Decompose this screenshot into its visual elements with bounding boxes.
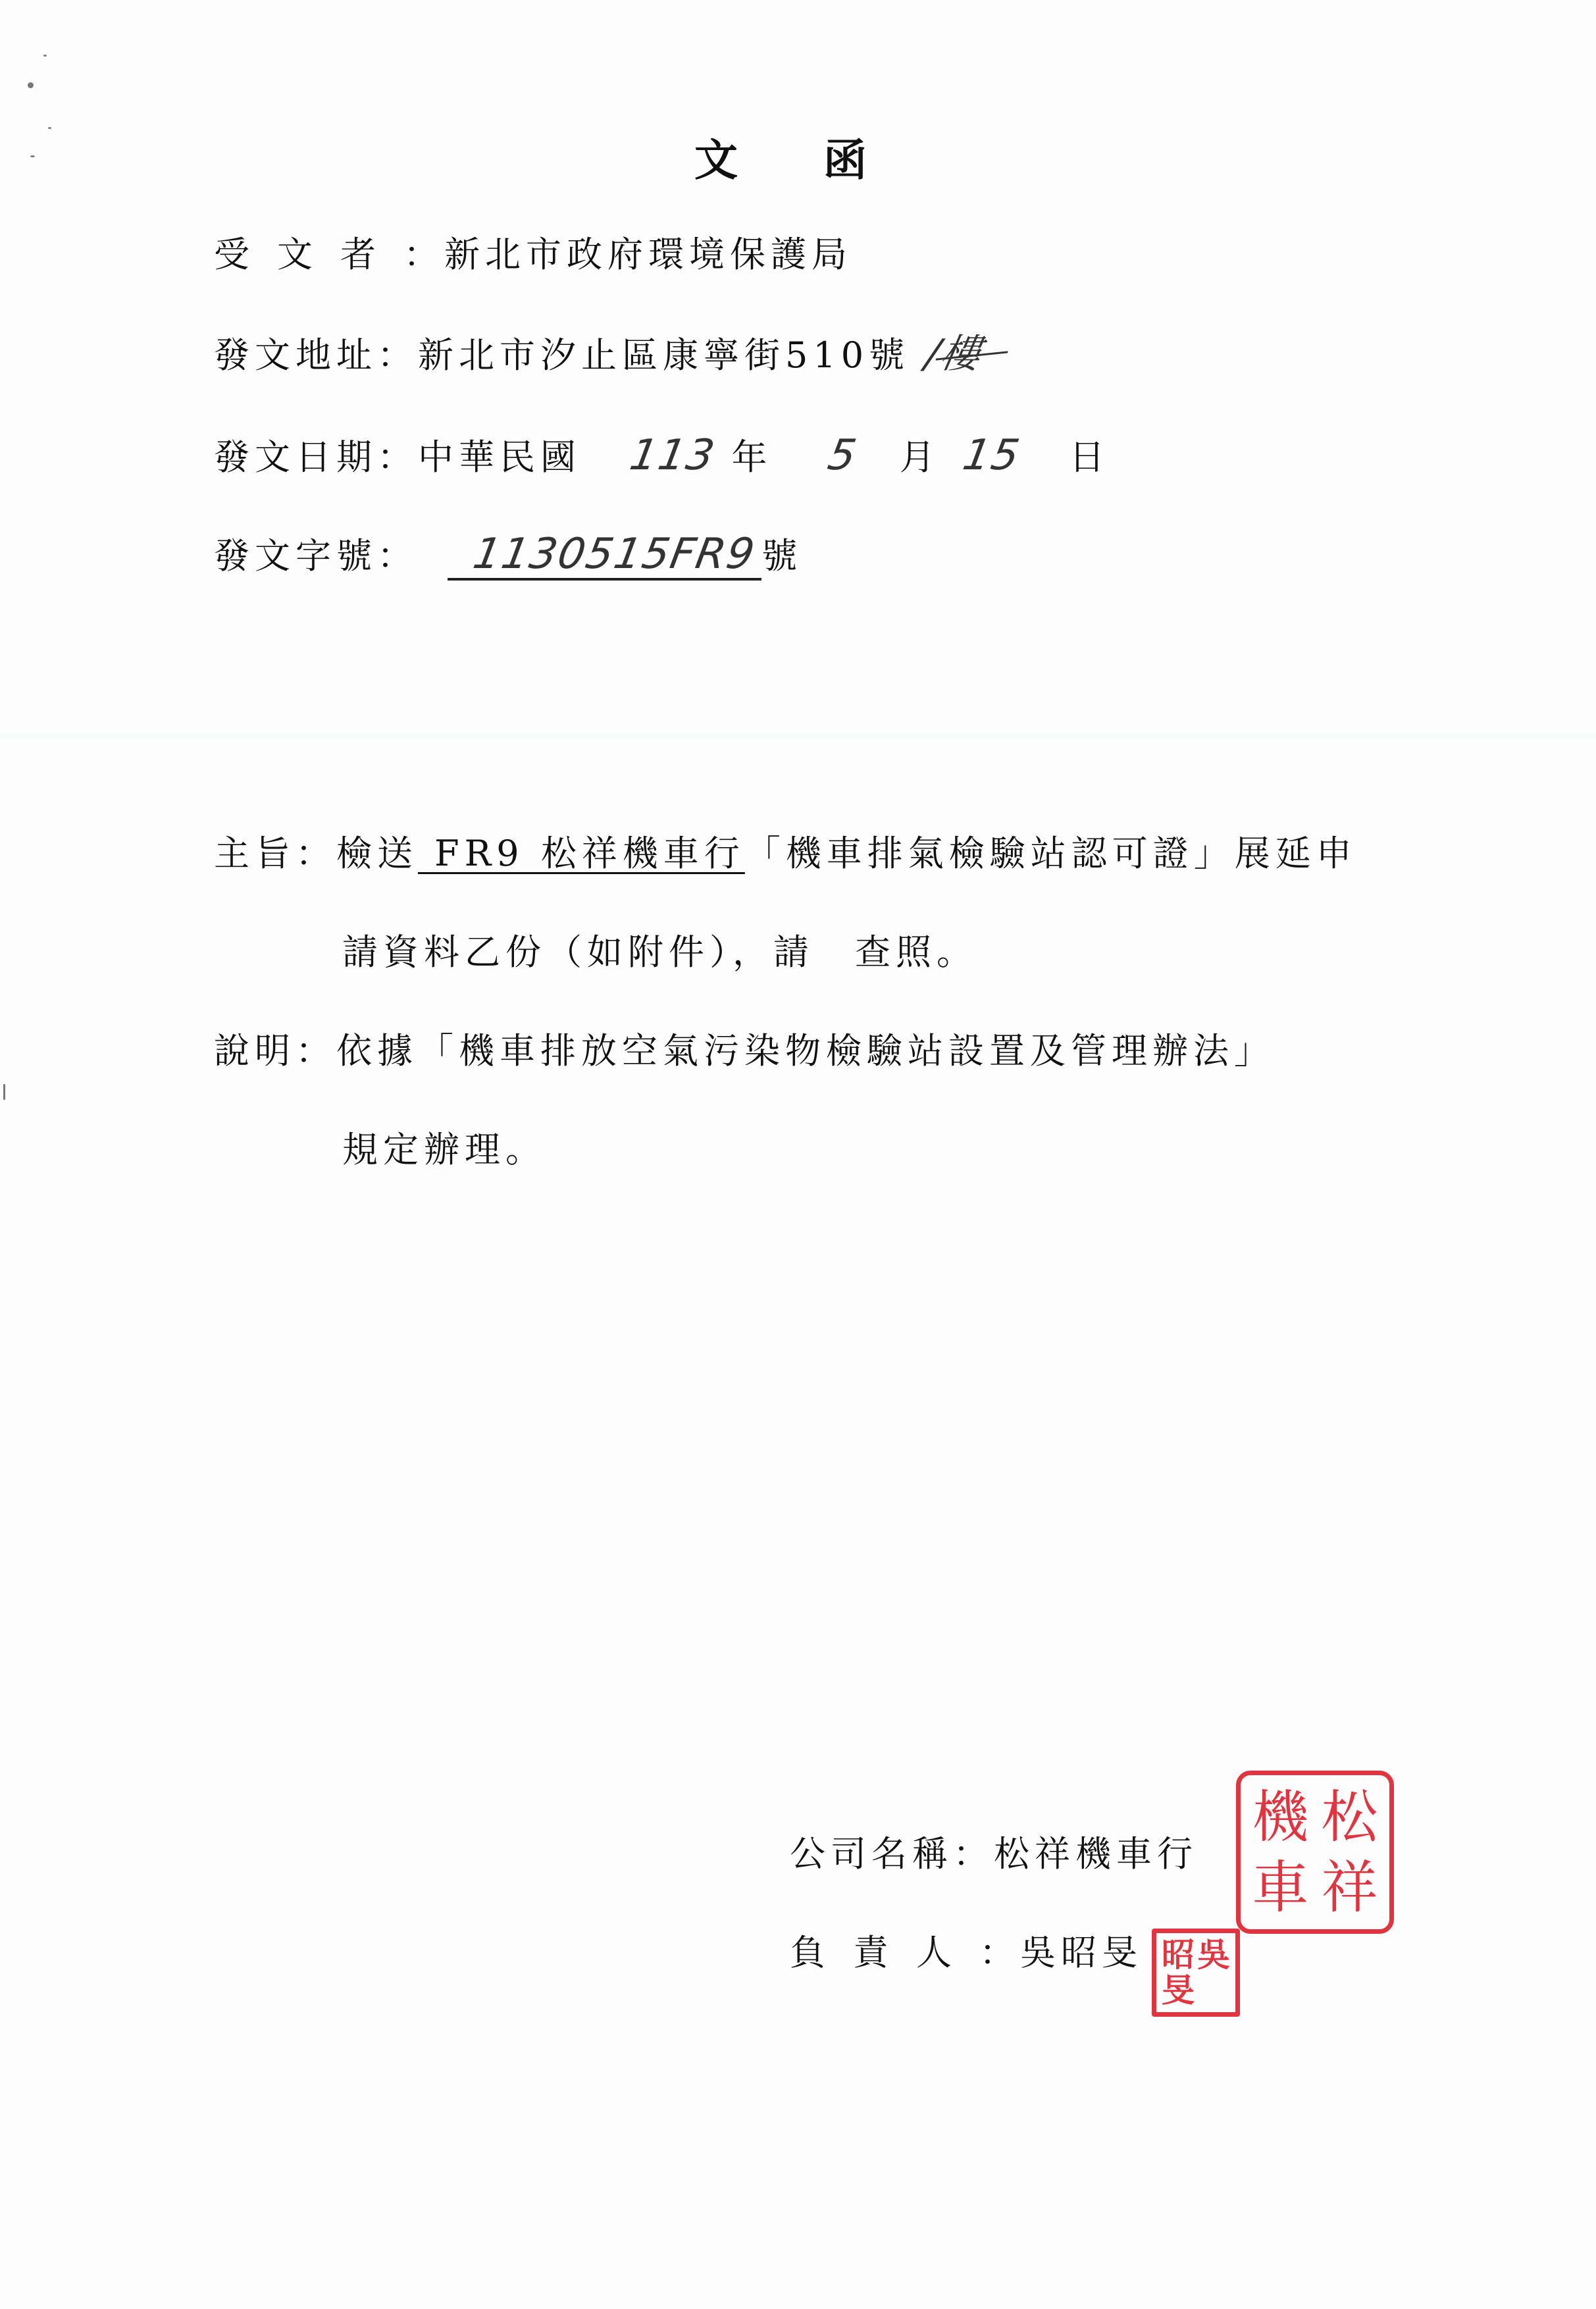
separator: ： — [296, 1030, 336, 1072]
date-row: 發文日期：中華民國 113 年 5 月 15 日 — [214, 434, 1110, 477]
reference-label: 發文字號 — [214, 538, 377, 574]
personal-seal-stamp: 吳 昭 旻 — [1152, 1929, 1240, 2017]
subject-line-1-rest: 「機車排氣檢驗站認可證」展延申 — [745, 833, 1357, 874]
separator: ： — [403, 234, 444, 275]
separator: ： — [953, 1833, 994, 1875]
date-era: 中華民國 — [418, 436, 581, 478]
reference-suffix: 號 — [761, 535, 802, 577]
address-value: 新北市汐止區康寧街510號 — [418, 334, 910, 376]
company-name-row: 公司名稱：松祥機車行 — [790, 1836, 1198, 1872]
seal-char: 松 — [1322, 1789, 1378, 1846]
subject-prefix: 檢送 — [336, 833, 418, 874]
company-value: 松祥機車行 — [994, 1833, 1198, 1875]
company-label: 公司名稱 — [790, 1836, 953, 1872]
separator: ： — [296, 833, 336, 874]
reference-number-field: 1130515FR9 — [448, 533, 761, 581]
scan-speck — [48, 127, 51, 129]
scan-speck — [3, 1084, 5, 1100]
document-title: 文函 — [694, 125, 867, 188]
address-label: 發文地址 — [214, 338, 377, 373]
separator: ： — [377, 436, 418, 478]
handwritten-month: 5 — [825, 434, 860, 477]
title-char: 函 — [823, 125, 867, 188]
scan-speck — [28, 82, 34, 88]
seal-char: 車 — [1252, 1859, 1309, 1916]
handwritten-floor-char: 樓 — [937, 334, 985, 374]
day-unit: 日 — [1069, 436, 1110, 478]
scan-speck — [30, 155, 35, 157]
handwritten-reference-number: 1130515FR9 — [471, 533, 759, 575]
subject-line-1: 主旨：檢送 FR9 松祥機車行「機車排氣檢驗站認可證」展延申 — [214, 836, 1357, 871]
seal-char: 機 — [1252, 1789, 1309, 1846]
responsible-person-label: 負責人 — [790, 1935, 979, 1971]
seal-char: 昭 — [1162, 1938, 1195, 1971]
title-char: 文 — [694, 125, 738, 188]
scan-artifact-band — [0, 732, 1596, 741]
subject-underlined-company: FR9 松祥機車行 — [418, 833, 745, 874]
separator: ： — [377, 334, 418, 376]
handwritten-year: 113 — [627, 434, 719, 477]
company-seal-stamp: 松 祥 機 車 — [1236, 1771, 1394, 1934]
explanation-line-2: 規定辦理。 — [342, 1132, 546, 1168]
handwritten-day: 15 — [960, 434, 1023, 477]
seal-char: 旻 — [1162, 1974, 1195, 2007]
explanation-label: 說明 — [214, 1033, 296, 1069]
reference-row: 發文字號： 1130515FR9號 — [214, 533, 802, 581]
month-unit: 月 — [900, 436, 940, 478]
date-label: 發文日期 — [214, 440, 377, 475]
seal-char: 祥 — [1322, 1859, 1378, 1916]
subject-label: 主旨 — [214, 836, 296, 871]
responsible-person-value: 吳昭旻 — [1020, 1932, 1143, 1973]
recipient-label: 受文者 — [214, 237, 403, 272]
responsible-person-row: 負責人：吳昭旻 — [790, 1935, 1143, 1971]
year-unit: 年 — [732, 436, 773, 478]
separator: ： — [979, 1932, 1020, 1973]
explanation-line-1: 說明：依據「機車排放空氣污染物檢驗站設置及管理辦法」 — [214, 1033, 1275, 1069]
explanation-text: 依據「機車排放空氣污染物檢驗站設置及管理辦法」 — [336, 1030, 1275, 1072]
subject-line-2: 請資料乙份（如附件），請 查照。 — [342, 935, 977, 970]
recipient-value: 新北市政府環境保護局 — [444, 234, 852, 275]
handwritten-address-suffix: /樓 — [923, 334, 985, 374]
scan-speck — [43, 55, 47, 57]
recipient-row: 受文者：新北市政府環境保護局 — [214, 237, 852, 272]
address-row: 發文地址：新北市汐止區康寧街510號 /樓 — [214, 334, 981, 374]
separator: ： — [377, 535, 418, 577]
seal-char: 吳 — [1197, 1938, 1230, 1971]
